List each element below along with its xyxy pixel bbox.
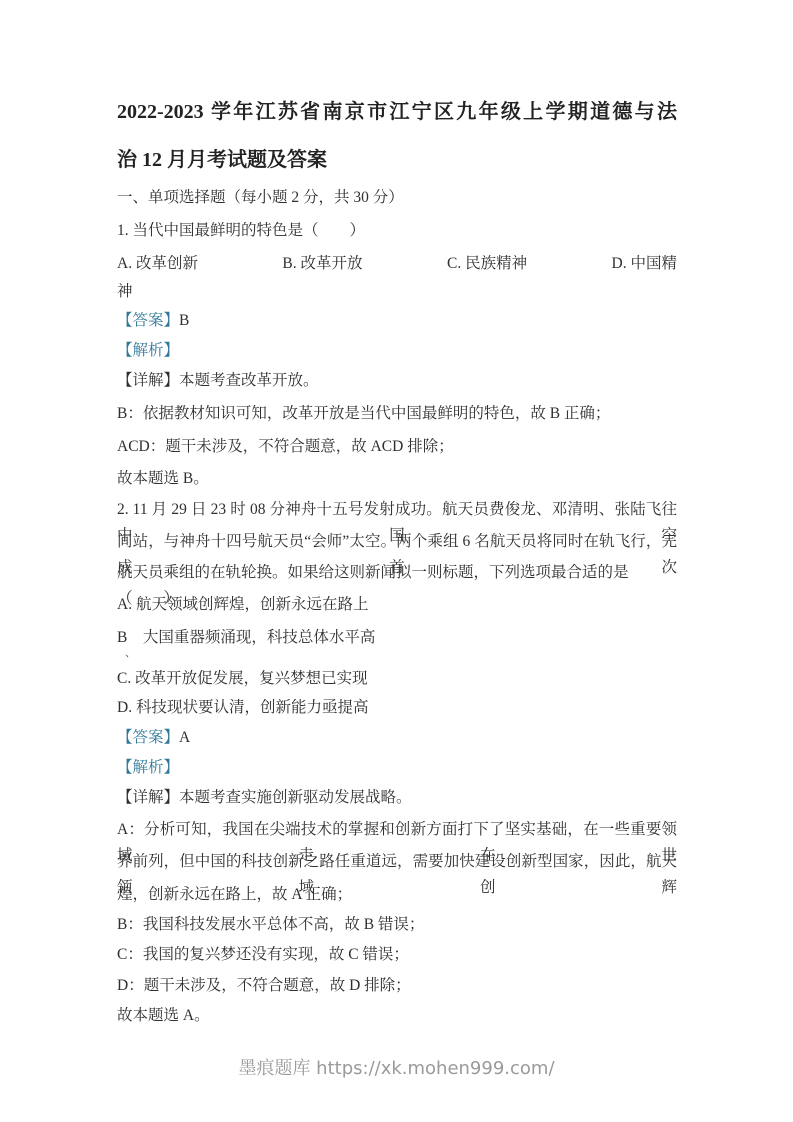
question-1-option-c: C. 民族精神 — [447, 251, 527, 277]
question-1-explanation-line: 故本题选 B。 — [117, 466, 677, 492]
question-2-option-d: D. 科技现状要认清，创新能力亟提高 — [117, 695, 677, 721]
answer-value: A — [179, 729, 190, 746]
question-1-explanation-line: ACD：题干未涉及，不符合题意，故 ACD 排除； — [117, 434, 677, 460]
question-2-option-c: C. 改革开放促发展，复兴梦想已实现 — [117, 666, 677, 692]
analysis-label: 【解析】 — [117, 759, 179, 776]
question-2-explanation-line: 【详解】本题考查实施创新驱动发展战略。 — [117, 785, 677, 811]
question-2-explanation-line: B：我国科技发展水平总体不高，故 B 错误； — [117, 912, 677, 938]
answer-label: 【答案】 — [117, 729, 179, 746]
section-heading: 一、单项选择题（每小题 2 分，共 30 分） — [117, 185, 677, 211]
analysis-label: 【解析】 — [117, 342, 179, 359]
question-2-explanation-line: 故本题选 A。 — [117, 1003, 677, 1029]
document-title-line-2: 治 12 月月考试题及答案 — [117, 143, 677, 177]
question-1-explanation-line: B：依据教材知识可知，改革开放是当代中国最鲜明的特色，故 B 正确； — [117, 401, 677, 427]
question-2-answer-line: 【答案】A — [117, 725, 677, 751]
question-2-explanation-line: D：题干未涉及，不符合题意，故 D 排除； — [117, 973, 677, 999]
document-title-line-1: 2022-2023 学年江苏省南京市江宁区九年级上学期道德与法 — [117, 95, 677, 129]
page-footer: 墨痕题库 https://xk.mohen999.com/ — [0, 1056, 793, 1082]
question-2-option-a: A. 航天领域创辉煌，创新永远在路上 — [117, 592, 677, 618]
question-2-analysis-line: 【解析】 — [117, 755, 677, 781]
answer-label: 【答案】 — [117, 312, 179, 329]
question-2-option-b: B 大国重器频涌现，科技总体水平高 — [117, 625, 677, 651]
question-1-stem: 1. 当代中国最鲜明的特色是（ ） — [117, 218, 677, 244]
question-1-options: A. 改革创新 B. 改革开放 C. 民族精神 D. 中国精 — [117, 251, 677, 277]
stray-punctuation-mark: 、 — [125, 646, 136, 660]
question-1-explanation-line: 【详解】本题考查改革开放。 — [117, 368, 677, 394]
question-1-answer-line: 【答案】B — [117, 308, 677, 334]
question-1-analysis-line: 【解析】 — [117, 338, 677, 364]
question-1-option-d-wrap: 神 — [117, 279, 677, 305]
question-2-explanation-line: C：我国的复兴梦还没有实现，故 C 错误； — [117, 942, 677, 968]
footer-watermark-text: 墨痕题库 https://xk.mohen999.com/ — [238, 1058, 554, 1079]
answer-value: B — [179, 312, 189, 329]
question-1-option-a: A. 改革创新 — [117, 251, 198, 277]
question-2-explanation-line: 煌，创新永远在路上，故 A 正确； — [117, 882, 677, 908]
exam-document-page: 2022-2023 学年江苏省南京市江宁区九年级上学期道德与法 治 12 月月考… — [0, 0, 793, 1122]
question-1-option-d: D. 中国精 — [612, 251, 677, 277]
question-1-option-b: B. 改革开放 — [282, 251, 362, 277]
